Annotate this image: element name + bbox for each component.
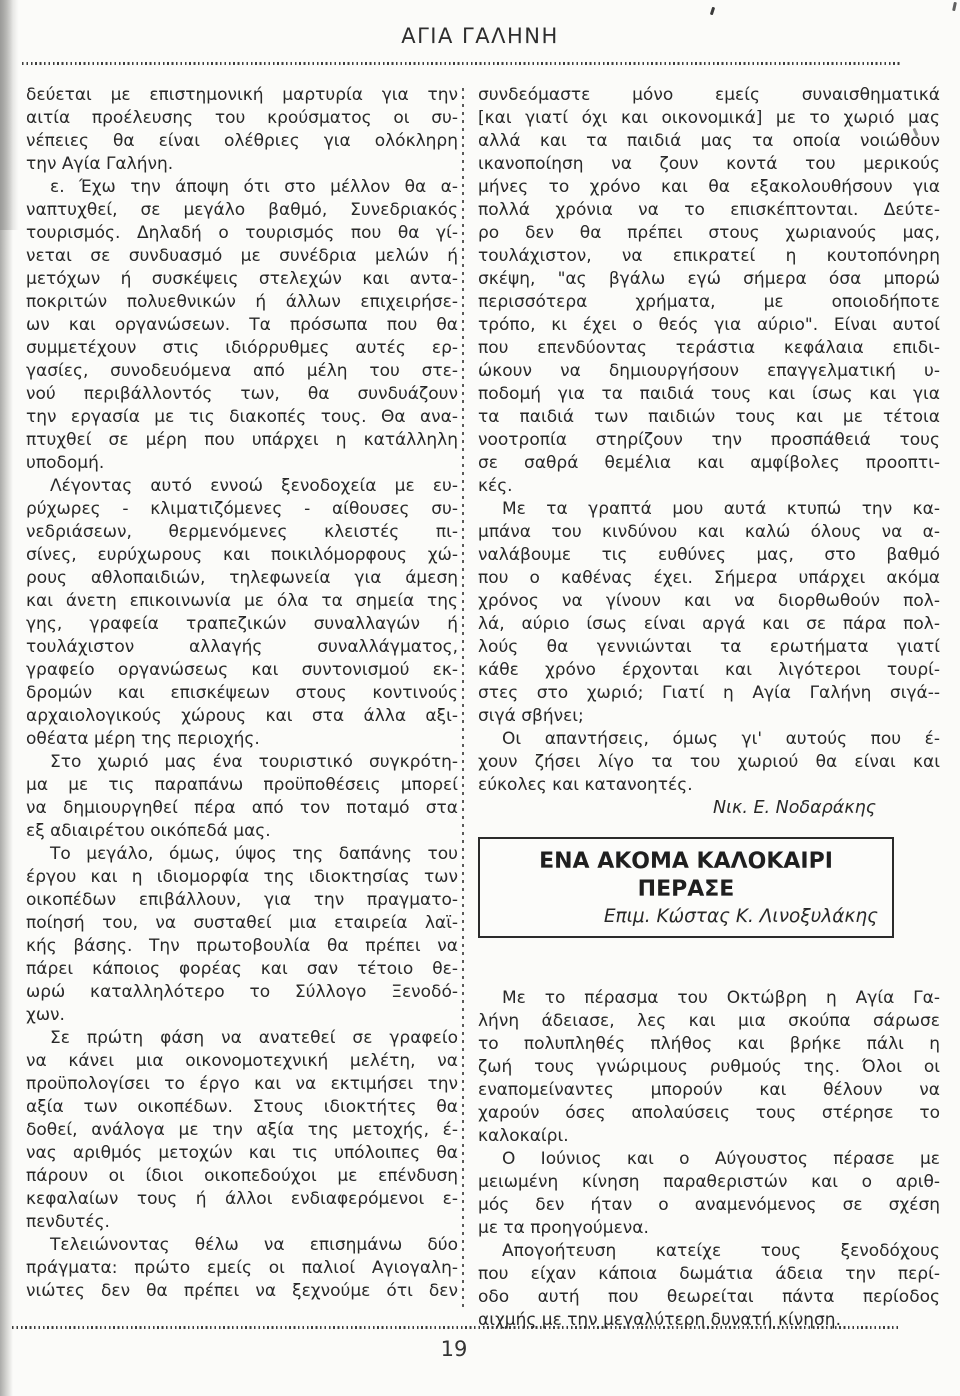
left-text-column: δεύεται με επιστημονική μαρτυρία για την… [26, 84, 458, 1303]
text-line: γης, γραφεία τραπεζικών συναλλαγών ή [26, 613, 458, 636]
text-line: οικοπέδων επιβάλλουν, για την πραγματο- [26, 889, 458, 912]
paragraph: Στο χωριό μας ένα τουριστικό συγκρότη-μα… [26, 751, 458, 843]
text-line: οδο αυτή που θεωρείται πάντα περίοδος [478, 1286, 940, 1309]
text-line: χαρούν όσες απολαύσεις τους στέρησε το [478, 1102, 940, 1125]
text-line: που επενδύοντας τεράστια κεφάλαια επιδι- [478, 337, 940, 360]
text-line: μα με τις παραπάνω προϋποθέσεις μπορεί [26, 774, 458, 797]
text-line: μήνες το χρόνο και θα εξακολουθήσουν για [478, 176, 940, 199]
text-line: Ο Ιούνιος και ο Αύγουστος πέρασε με [478, 1148, 940, 1171]
text-line: κές. [478, 475, 940, 498]
text-line: ποκριτών πολυεθνικών ή άλλων επιχειρήσε- [26, 291, 458, 314]
text-line: Σε πρώτη φάση να ανατεθεί σε γραφείο [26, 1027, 458, 1050]
text-line: ποδομή για τα παιδιά τους και ίσως και γ… [478, 383, 940, 406]
text-line: την εργασία με τις διακοπές τους. Θα ανα… [26, 406, 458, 429]
scan-artifact [952, 2, 957, 11]
column-divider-rule [462, 88, 464, 1308]
text-line: νού περιβάλλοντός των, θα συνδυάζουν [26, 383, 458, 406]
text-line: προϋπολογίσει το έργο και να εκτιμήσει τ… [26, 1073, 458, 1096]
text-line: τουλάχιστον αλλαγής συναλλάγματος, [26, 636, 458, 659]
text-line: νέπειες θα είναι ολέθριες για ολόκληρη [26, 130, 458, 153]
text-line: Στο χωριό μας ένα τουριστικό συγκρότη- [26, 751, 458, 774]
text-line: νας αριθμός μετοχών και τις υπόλοιπες θα [26, 1142, 458, 1165]
text-line: Τελειώνοντας θέλω να επισημάνω δύο [26, 1234, 458, 1257]
text-line: Το μεγάλο, όμως, ύψος της δαπάνης του [26, 843, 458, 866]
text-line: χων. [26, 1004, 458, 1027]
page-header-title: ΑΓΙΑ ΓΑΛΗΝΗ [0, 24, 960, 48]
text-line: ε. Έχω την άποψη ότι στο μέλλον θα α- [26, 176, 458, 199]
text-line: Οι απαντήσεις, όμως γι' αυτούς που έ- [478, 728, 940, 751]
text-line: ικανοποίηση να ζουν κοντά του μερικούς [478, 153, 940, 176]
article-editor-byline: Επιμ. Κώστας Κ. Λινοξυλάκης [492, 904, 880, 929]
text-line: ζωή τους γνώριμους ρυθμούς της. Όλοι οι [478, 1056, 940, 1079]
text-line: να κάνει μια οικονομοτεχνική μελέτη, να [26, 1050, 458, 1073]
text-line: που είχαν κάποια δωμάτια άδεια την περί- [478, 1263, 940, 1286]
text-line: Με το πέρασμα του Οκτώβρη η Αγία Γα- [478, 987, 940, 1010]
text-line: πράγματα: πρώτο εμείς οι παλιοί Αγιογαλη… [26, 1257, 458, 1280]
text-line: εύκολες και κατανοητές. [478, 774, 940, 797]
text-line: στες στο χωριό; Γιατί η Αγία Γαλήνη σιγά… [478, 682, 940, 705]
paragraph: Ο Ιούνιος και ο Αύγουστος πέρασε μεμειωμ… [478, 1148, 940, 1240]
text-line: λά, αύριο ίσως είναι αργά και σε πάρα πο… [478, 613, 940, 636]
text-line: υποδομή. [26, 452, 458, 475]
text-line: κής βάσης. Την πρωτοβουλία θα πρέπει να [26, 935, 458, 958]
text-line: σιγά σβήνει; [478, 705, 940, 728]
dotted-rule-bottom [12, 1326, 900, 1329]
text-line: Λέγοντας αυτό εννοώ ξενοδοχεία με ευ- [26, 475, 458, 498]
text-line: νοοτροπία στηρίζουν την προσπάθειά τους [478, 429, 940, 452]
text-line: τουλάχιστον, να επικρατεί η κουτοπόνηρη [478, 245, 940, 268]
text-line: πολλά χρόνια να το επισκέπτονται. Δεύτε- [478, 199, 940, 222]
text-line: περισσότερα χρήματα, με οποιοδήποτε [478, 291, 940, 314]
text-line: ρύχωρες - κλιματιζόμενες - αίθουσες συ- [26, 498, 458, 521]
text-line: ων και οργανώσεων. Τα πρόσωπα που θα [26, 314, 458, 337]
text-line: με τα προηγούμενα. [478, 1217, 940, 1240]
text-line: ώκουν να δημιουργήσουν επαγγελματική υ- [478, 360, 940, 383]
text-line: και άνετη επικοινωνία με όλα τα σημεία τ… [26, 590, 458, 613]
paragraph: Με τα γραπτά μου αυτά κτυπώ την κα-μπάνα… [478, 498, 940, 728]
scan-artifact [710, 7, 715, 16]
text-line: τουρισμός. Δηλαδή ο τουρισμός που θα γί- [26, 222, 458, 245]
text-line: να δημιουργηθεί πέρα από τον ποταμό στα [26, 797, 458, 820]
text-line: νιώτες δεν θα πρέπει να ξεχνούμε ότι δεν [26, 1280, 458, 1303]
text-line: μειωμένη κίνηση παραθεριστών και ο αριθ- [478, 1171, 940, 1194]
text-line: ωρώ καταλληλότερο το Σύλλογο Ξενοδό- [26, 981, 458, 1004]
text-line: πενδυτές. [26, 1211, 458, 1234]
paragraph: Τελειώνοντας θέλω να επισημάνω δύοπράγμα… [26, 1234, 458, 1303]
text-line: καλοκαίρι. [478, 1125, 940, 1148]
text-line: σε σαθρά θεμέλια και αμφίβολες προοπτι- [478, 452, 940, 475]
text-line: λήνη άδειασε, λες και μια σκούπα σάρωσε [478, 1010, 940, 1033]
text-line: αρχαιολογικούς χώρους και στα άλλα αξι- [26, 705, 458, 728]
text-line: οθέατα μέρη της περιοχής. [26, 728, 458, 751]
text-line: Απογοήτευση κατείχε τους ξενοδόχους [478, 1240, 940, 1263]
paragraph: Λέγοντας αυτό εννοώ ξενοδοχεία με ευ-ρύχ… [26, 475, 458, 751]
paragraph: ε. Έχω την άποψη ότι στο μέλλον θα α-ναπ… [26, 176, 458, 475]
text-line: πάρει κάποιος φορέας και σαν τέτοιο θε- [26, 958, 458, 981]
paragraph: Απογοήτευση κατείχε τους ξενοδόχουςπου ε… [478, 1240, 940, 1332]
text-line: συμμετέχουν στις ιδιόρρυθμες αυτές ερ- [26, 337, 458, 360]
text-line: ποίησή του, να συσταθεί μια εταιρεία λαϊ… [26, 912, 458, 935]
text-line: κάθε χρόνο έρχονται και λιγότεροι τουρί- [478, 659, 940, 682]
right-text-column: συνδεόμαστε μόνο εμείς συναισθηματικά[κα… [478, 84, 940, 1332]
text-line: συνδεόμαστε μόνο εμείς συναισθηματικά [478, 84, 940, 107]
text-line: μπάνα του κινδύνου και καλώ όλους να α- [478, 521, 940, 544]
text-line: νεται σε συνδυασμό με συνέδρια μελών ή [26, 245, 458, 268]
paragraph: Το μεγάλο, όμως, ύψος της δαπάνης τουέργ… [26, 843, 458, 1027]
paragraph: Σε πρώτη φάση να ανατεθεί σε γραφείονα κ… [26, 1027, 458, 1234]
text-line: λούς θα γεννιώνται τα ερωτήματα γιατί [478, 636, 940, 659]
text-line: σκέψη, "ας βγάλω εγώ σήμερα όσα μπορώ [478, 268, 940, 291]
paragraph: Με το πέρασμα του Οκτώβρη η Αγία Γα-λήνη… [478, 987, 940, 1148]
text-line: χουν ζήσει λίγο τα του χωριού θα είναι κ… [478, 751, 940, 774]
text-line: την Αγία Γαλήνη. [26, 153, 458, 176]
paragraph: δεύεται με επιστημονική μαρτυρία για την… [26, 84, 458, 176]
text-line: πτυχθεί σε μέρη που υπάρχει η κατάλληλη [26, 429, 458, 452]
text-line: έργου και η ιδιομορφία της ιδιοκτησίας τ… [26, 866, 458, 889]
text-line: ρους αθλοπαιδιών, τηλεφωνεία για άμεση [26, 567, 458, 590]
text-line: γραφείο οργανώσεως και συντονισμού εκ- [26, 659, 458, 682]
author-signature: Νικ. Ε. Νοδαράκης [478, 797, 940, 820]
text-line: μός δεν ήταν ο αναμενόμενος σε σχέση [478, 1194, 940, 1217]
text-line: σίνες, ευρύχωρους και ποικιλόμορφους χώ- [26, 544, 458, 567]
text-line: που ο καθένας έχει. Σήμερα υπάρχει ακόμα [478, 567, 940, 590]
text-line: αξία των οικοπέδων. Στους ιδιοκτήτες θα [26, 1096, 458, 1119]
text-line: δρομών και επισκέψεων στους κοντινούς [26, 682, 458, 705]
text-line: γασίες, συνοδευόμενα από μέλη του στε- [26, 360, 458, 383]
paragraph: συνδεόμαστε μόνο εμείς συναισθηματικά[κα… [478, 84, 940, 498]
text-line: δοθεί, ανάλογα με την αξία της μετοχής, … [26, 1119, 458, 1142]
paragraph: Οι απαντήσεις, όμως γι' αυτούς που έ-χου… [478, 728, 940, 797]
page-number: 19 [0, 1337, 908, 1361]
text-line: μετόχων ή συσκέψεις στελεχών και αντα- [26, 268, 458, 291]
text-line: αλλά και τα παιδιά μας τα οποία νοιώθουν [478, 130, 940, 153]
text-line: ρο δεν θα πρέπει στους χωριανούς μας, [478, 222, 940, 245]
text-line: εναπομείναντες μπορούν και θέλουν να [478, 1079, 940, 1102]
text-line: πάρουν οι ίδιοι οικοπεδούχοι με επένδυση [26, 1165, 458, 1188]
text-line: εξ αδιαιρέτου οικόπεδά μας. [26, 820, 458, 843]
text-line: τρόπο, κι έχει ο θεός για αύριο". Είναι … [478, 314, 940, 337]
scanned-newsletter-page: ΑΓΙΑ ΓΑΛΗΝΗ δεύεται με επιστημονική μαρτ… [0, 0, 960, 1396]
text-line: νεδριάσεων, θερμενόμενες κλειστές πι- [26, 521, 458, 544]
text-line: τα παιδιά των παιδιών τους και με τέτοια [478, 406, 940, 429]
text-line: κεφαλαίων τους ή άλλοι ενδιαφερόμενοι ε- [26, 1188, 458, 1211]
text-line: ναλάβουμε τις ευθύνες μας, στο βαθμό [478, 544, 940, 567]
text-line: χρόνος να γίνουν και να διορθωθούν πολ- [478, 590, 940, 613]
text-line: [και γιατί όχι και οικονομικά] με το χωρ… [478, 107, 940, 130]
text-line: το πολυπληθές πλήθος και βρήκε πάλι η [478, 1033, 940, 1056]
article-heading-box: ΕΝΑ ΑΚΟΜΑ ΚΑΛΟΚΑΙΡΙ ΠΕΡΑΣΕΕπιμ. Κώστας Κ… [478, 837, 894, 938]
text-line: ναπτυχθεί, σε μεγάλο βαθμό, Συνεδριακός [26, 199, 458, 222]
text-line: δεύεται με επιστημονική μαρτυρία για την [26, 84, 458, 107]
text-line: Με τα γραπτά μου αυτά κτυπώ την κα- [478, 498, 940, 521]
text-line: αιτία προέλευσης του κρούσματος οι συ- [26, 107, 458, 130]
dotted-rule-top [22, 62, 900, 65]
article-title: ΕΝΑ ΑΚΟΜΑ ΚΑΛΟΚΑΙΡΙ ΠΕΡΑΣΕ [492, 848, 880, 904]
